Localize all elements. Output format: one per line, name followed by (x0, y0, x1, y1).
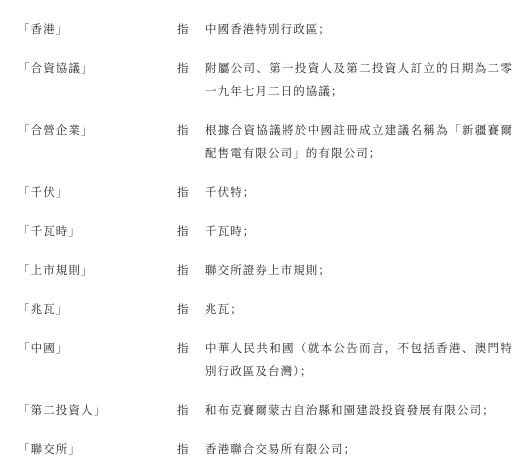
definition-text: 千伏特； (205, 182, 513, 205)
term-text: 「聯交所」 (18, 439, 177, 462)
means-label: 指 (177, 439, 205, 462)
definitions-page: 「香港」 指 中國香港特別行政區； 「合資協議」 指 附屬公司、第一投資人及第二… (0, 0, 523, 472)
glossary-entry: 「千瓦時」 指 千瓦時； (18, 221, 513, 244)
means-label: 指 (177, 58, 205, 81)
definition-text: 中國香港特別行政區； (205, 19, 513, 42)
means-label: 指 (177, 400, 205, 423)
term-text: 「香港」 (18, 19, 177, 42)
definition-text: 香港聯合交易所有限公司； (205, 439, 513, 462)
means-label: 指 (177, 221, 205, 244)
glossary-entry: 「合資協議」 指 附屬公司、第一投資人及第二投資人訂立的日期為二零一九年七月二日… (18, 58, 513, 104)
means-label: 指 (177, 19, 205, 42)
glossary-entry: 「兆瓦」 指 兆瓦； (18, 299, 513, 322)
definition-text: 兆瓦； (205, 299, 513, 322)
term-text: 「合資協議」 (18, 58, 177, 81)
glossary-entry: 「第二投資人」 指 和布克賽爾蒙古自治縣和園建設投資發展有限公司； (18, 400, 513, 423)
glossary-entry: 「合營企業」 指 根據合資協議將於中國註冊成立建議名稱為「新疆賽爾配售電有限公司… (18, 120, 513, 166)
term-text: 「千瓦時」 (18, 221, 177, 244)
means-label: 指 (177, 260, 205, 283)
term-text: 「上市規則」 (18, 260, 177, 283)
definition-text: 千瓦時； (205, 221, 513, 244)
means-label: 指 (177, 120, 205, 143)
means-label: 指 (177, 182, 205, 205)
glossary-entry: 「聯交所」 指 香港聯合交易所有限公司； (18, 439, 513, 462)
glossary-entry: 「上市規則」 指 聯交所證券上市規則； (18, 260, 513, 283)
definition-text: 和布克賽爾蒙古自治縣和園建設投資發展有限公司； (205, 400, 513, 423)
glossary-entry: 「香港」 指 中國香港特別行政區； (18, 19, 513, 42)
term-text: 「第二投資人」 (18, 400, 177, 423)
definition-text: 中華人民共和國（就本公告而言，不包括香港、澳門特別行政區及台灣）； (205, 338, 513, 384)
definition-text: 聯交所證券上市規則； (205, 260, 513, 283)
glossary-entry: 「中國」 指 中華人民共和國（就本公告而言，不包括香港、澳門特別行政區及台灣）； (18, 338, 513, 384)
term-text: 「合營企業」 (18, 120, 177, 143)
definition-text: 附屬公司、第一投資人及第二投資人訂立的日期為二零一九年七月二日的協議； (205, 58, 513, 104)
term-text: 「中國」 (18, 338, 177, 361)
definition-text: 根據合資協議將於中國註冊成立建議名稱為「新疆賽爾配售電有限公司」的有限公司； (205, 120, 513, 166)
means-label: 指 (177, 299, 205, 322)
term-text: 「千伏」 (18, 182, 177, 205)
means-label: 指 (177, 338, 205, 361)
glossary-entry: 「千伏」 指 千伏特； (18, 182, 513, 205)
term-text: 「兆瓦」 (18, 299, 177, 322)
